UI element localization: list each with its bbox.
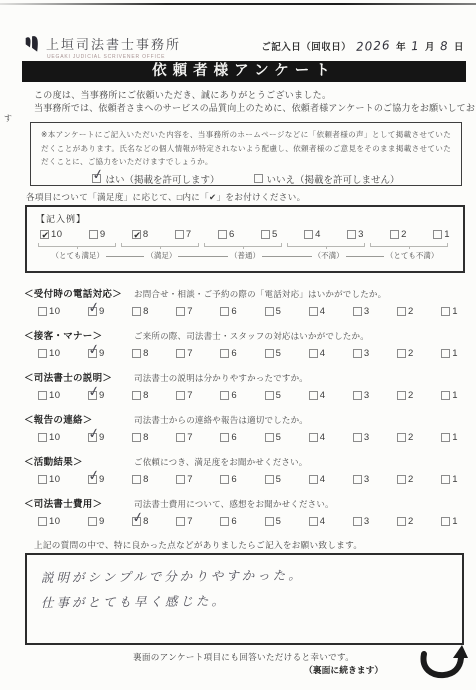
rating-row: 10✓987654321 [38,390,458,401]
rating-checkbox-4[interactable] [309,433,318,442]
rating-number: 8 [143,229,149,240]
year-suffix: 年 [396,42,406,53]
example-title: 【記入例】 [36,212,454,225]
fill-date: ご記入日（回収日） 2026 年 1 月 8 日 [261,39,464,53]
rating-option-2: 2 [397,516,414,527]
rating-checkbox-1[interactable] [441,475,450,484]
rating-number: 2 [408,474,414,485]
rating-row: 10✓987654321 [38,432,458,443]
rating-number: 3 [364,348,370,359]
question-fees: ＜司法書士費用＞ 司法書士費用について、感想をお聞かせください。 109✓876… [24,496,464,538]
rating-option-1: 1 [441,348,458,359]
rating-option-9: 9 [88,516,105,527]
intro-line-1: この度は、当事務所にご依頼いただき、誠にありがとうございました。 [34,88,466,101]
rating-option-3: 3 [353,306,370,317]
date-month-handwritten: 1 [409,39,422,54]
rating-option-3: 3 [353,348,370,359]
rating-option-4: 4 [304,229,321,240]
office-name: 上垣司法書士事務所 [46,34,181,53]
rating-checkbox-10[interactable] [38,433,47,442]
rating-checkbox-3[interactable] [353,307,362,316]
bracket [38,243,116,247]
rating-checkbox-9[interactable]: ✓ [88,433,97,442]
rating-option-1: 1 [433,229,450,240]
scale-label-neutral: （普通） [203,250,287,261]
rating-option-6: 6 [220,432,237,443]
rating-number: 4 [315,229,321,240]
rating-option-7: 7 [176,390,193,401]
rating-option-5: 5 [265,432,282,443]
question-label: ＜接客・マナー＞ [24,328,134,342]
consent-option-yes[interactable]: ✓ はい（掲載を許可します） [92,172,219,186]
rating-checkbox-4[interactable] [309,475,318,484]
rating-option-1: 1 [441,432,458,443]
rating-number: 2 [408,390,414,401]
rating-checkbox-6[interactable] [218,230,227,239]
rating-option-3: 3 [353,474,370,485]
rating-checkbox-6[interactable] [220,433,229,442]
rating-option-5: 5 [265,474,282,485]
rating-checkbox-8[interactable] [132,433,141,442]
rating-number: 1 [444,229,450,240]
rating-checkbox-5[interactable] [265,391,274,400]
question-label: ＜報告の連絡＞ [24,412,134,426]
rating-option-10: 10 [38,432,61,443]
rating-option-3: 3 [353,516,370,527]
rating-number: 3 [364,516,370,527]
date-day-handwritten: 8 [438,39,451,54]
rating-checkbox-8[interactable] [132,307,141,316]
rating-number: 6 [231,516,237,527]
rating-number: 7 [187,390,193,401]
rating-number: 10 [49,432,61,443]
rating-checkbox-5[interactable] [265,517,274,526]
rating-checkbox-4[interactable] [304,230,313,239]
rating-number: 2 [408,306,414,317]
rating-option-1: 1 [441,390,458,401]
rating-option-3: 3 [347,229,364,240]
rating-option-1: 1 [441,306,458,317]
comment-box[interactable]: 説明がシンプルで分かりやすかった。 仕事がとても早く感じた。 [25,553,464,645]
rating-checkbox-1[interactable] [441,517,450,526]
rating-row: 10✓987654321 [38,348,458,359]
consent-note: ※本アンケートにご記入いただいた内容を、当事務所のホームページなどに「依頼者様の… [41,128,451,169]
rating-number: 7 [187,348,193,359]
rating-number: 7 [187,516,193,527]
rating-option-2: 2 [397,432,414,443]
rating-checkbox-1[interactable] [441,349,450,358]
rating-checkbox-7[interactable] [176,349,185,358]
rating-checkbox-3[interactable] [353,391,362,400]
rating-option-8: ✔8 [132,229,149,240]
rating-option-1: 1 [441,474,458,485]
rating-checkbox-1[interactable] [441,433,450,442]
rating-number: 5 [276,516,282,527]
rating-checkbox-3[interactable] [353,517,362,526]
rating-checkbox-9[interactable]: ✓ [88,391,97,400]
scale-label-satisfied: （満足） [120,250,204,261]
bracket [287,243,365,247]
question-label: ＜司法書士の説明＞ [24,370,134,384]
rating-checkbox-6[interactable] [220,307,229,316]
rating-option-4: 4 [309,348,326,359]
example-rating-row: ✔109✔87654321 [40,229,450,240]
question-list: ＜受付時の電話対応＞ お問合せ・相談・ご予約の際の「電話対応」はいかがでしたか。… [24,286,464,538]
rating-checkbox-3[interactable] [347,230,356,239]
question-label: ＜活動結果＞ [24,454,134,468]
rating-checkbox-7[interactable] [176,307,185,316]
rating-checkbox-4[interactable] [309,307,318,316]
rating-checkbox-9[interactable]: ✓ [88,307,97,316]
scale-label-very-dissatisfied: （とても不満） [370,250,454,261]
rating-number: 6 [231,348,237,359]
turn-page-arrow-icon [418,645,470,681]
rating-number: 5 [276,306,282,317]
rating-checkbox-6[interactable] [220,349,229,358]
rating-number: 2 [408,348,414,359]
rating-option-10: ✔10 [40,229,63,240]
rating-checkbox-9[interactable] [89,230,98,239]
office-subtitle: UEGAKI JUDICIAL SCRIVENER OFFICE [47,54,181,60]
rating-number: 2 [408,432,414,443]
rating-option-6: 6 [220,348,237,359]
rating-checkbox-9[interactable]: ✓ [88,475,97,484]
rating-row: 10✓987654321 [38,306,458,317]
rating-number: 3 [358,229,364,240]
rating-option-7: 7 [176,474,193,485]
consent-option-no[interactable]: いいえ（掲載を許可しません） [254,172,400,186]
question-phone-response: ＜受付時の電話対応＞ お問合せ・相談・ご予約の際の「電話対応」はいかがでしたか。… [24,286,464,328]
day-suffix: 日 [454,42,464,53]
rating-checkbox-6[interactable] [220,475,229,484]
rating-option-3: 3 [353,432,370,443]
bracket [121,243,199,247]
rating-number: 4 [320,432,326,443]
rating-checkbox-4[interactable] [309,349,318,358]
rating-number: 3 [364,390,370,401]
consent-options: ✓ はい（掲載を許可します） いいえ（掲載を許可しません） [41,172,451,186]
rating-number: 6 [231,432,237,443]
form-title-banner: 依頼者様アンケート [22,61,466,82]
rating-option-7: 7 [176,516,193,527]
rating-option-5: 5 [265,516,282,527]
question-results: ＜活動結果＞ ご依頼につき、満足度をお聞かせください。 10✓987654321 [24,454,464,496]
rating-checkbox-5[interactable] [265,475,274,484]
rating-number: 8 [143,516,149,527]
rating-option-4: 4 [309,474,326,485]
rating-option-5: 5 [265,348,282,359]
rating-option-6: 6 [220,516,237,527]
rating-number: 1 [452,348,458,359]
rating-option-10: 10 [38,474,61,485]
rating-number: 9 [99,432,105,443]
intro-line-2-wrap: す [4,113,12,124]
rating-number: 8 [143,348,149,359]
check-mark-icon: ✔ [42,231,50,240]
rating-option-7: 7 [176,306,193,317]
rating-option-3: 3 [353,390,370,401]
rating-option-10: 10 [38,516,61,527]
rating-checkbox-3[interactable] [353,433,362,442]
rating-option-9: ✓9 [88,348,105,359]
rating-row: 109✓87654321 [38,516,458,527]
rating-number: 2 [401,229,407,240]
rating-option-7: 7 [176,348,193,359]
bracket [370,243,448,247]
rating-checkbox-2[interactable] [397,517,406,526]
office-brand: 上垣司法書士事務所 UEGAKI JUDICIAL SCRIVENER OFFI… [24,34,181,60]
rating-number: 6 [231,474,237,485]
rating-checkbox-2[interactable] [397,391,406,400]
rating-checkbox-2[interactable] [397,475,406,484]
date-year-handwritten: 2026 [354,38,393,54]
rating-number: 8 [143,390,149,401]
rating-number: 4 [320,516,326,527]
rating-number: 5 [276,390,282,401]
rating-number: 9 [99,348,105,359]
rating-number: 9 [99,516,105,527]
rating-option-9: ✓9 [88,432,105,443]
rating-number: 1 [452,516,458,527]
rating-option-8: 8 [132,474,149,485]
rating-checkbox-1[interactable] [441,307,450,316]
rating-checkbox-6[interactable] [220,391,229,400]
rating-number: 7 [187,432,193,443]
rating-number: 5 [276,432,282,443]
rating-checkbox-6[interactable] [220,517,229,526]
rating-number: 10 [51,229,63,240]
rating-option-8: ✓8 [132,516,149,527]
rating-option-6: 6 [220,390,237,401]
rating-option-9: 9 [89,229,106,240]
rating-checkbox-5[interactable] [265,433,274,442]
rating-number: 4 [320,474,326,485]
rating-number: 9 [99,306,105,317]
rating-option-2: 2 [397,390,414,401]
rating-option-5: 5 [261,229,278,240]
question-explanation: ＜司法書士の説明＞ 司法書士の説明は分かりやすかったですか。 10✓987654… [24,370,464,412]
rating-number: 3 [364,432,370,443]
rating-number: 4 [320,348,326,359]
rating-number: 7 [186,229,192,240]
rating-option-8: 8 [132,306,149,317]
publication-consent-box: ※本アンケートにご記入いただいた内容を、当事務所のホームページなどに「依頼者様の… [30,122,462,186]
scale-labels: （とても満足） （満足） （普通） （不満） （とても不満） [36,250,454,261]
rating-number: 7 [187,306,193,317]
rating-option-4: 4 [309,516,326,527]
continued-note: （裏面に続きます） [304,663,383,676]
rating-checkbox-2[interactable] [397,307,406,316]
rating-checkbox-7[interactable] [176,517,185,526]
rating-checkbox-10[interactable] [38,475,47,484]
rating-checkbox-8[interactable] [132,349,141,358]
rating-checkbox-10[interactable] [38,349,47,358]
rating-number: 1 [452,306,458,317]
back-page-note: 裏面のアンケート項目にも回答いただけると幸いです。 [133,651,354,663]
question-service-manner: ＜接客・マナー＞ ご来所の際、司法書士・スタッフの対応はいかがでしたか。 10✓… [24,328,464,370]
rating-checkbox-10[interactable]: ✔ [40,230,49,239]
question-label: ＜司法書士費用＞ [24,496,134,510]
rating-option-5: 5 [265,390,282,401]
rating-option-9: ✓9 [88,306,105,317]
rating-option-2: 2 [397,348,414,359]
header: 上垣司法書士事務所 UEGAKI JUDICIAL SCRIVENER OFFI… [24,34,464,60]
rating-number: 10 [49,348,61,359]
rating-checkbox-3[interactable] [353,349,362,358]
question-description: 司法書士費用について、感想をお聞かせください。 [134,498,334,510]
rating-instruction: 各項目について「満足度」に応じて、□内に「✔」をお付けください。 [26,191,305,203]
rating-option-9: ✓9 [88,390,105,401]
rating-number: 1 [452,390,458,401]
rating-number: 4 [320,390,326,401]
scale-label-very-satisfied: （とても満足） [36,250,120,261]
rating-checkbox-10[interactable] [38,517,47,526]
rating-checkbox-7[interactable] [176,391,185,400]
consent-no-checkbox[interactable] [254,174,263,183]
rating-option-10: 10 [38,390,61,401]
rating-option-8: 8 [132,432,149,443]
rating-option-2: 2 [397,306,414,317]
rating-number: 10 [49,390,61,401]
rating-checkbox-5[interactable] [265,349,274,358]
rating-number: 7 [187,474,193,485]
rating-checkbox-8[interactable] [132,391,141,400]
rating-checkbox-2[interactable] [397,433,406,442]
rating-number: 10 [49,306,61,317]
rating-checkbox-1[interactable] [433,230,442,239]
rating-checkbox-1[interactable] [441,391,450,400]
intro-line-2: 当事務所では、依頼者さまへのサービスの品質向上のために、依頼者様アンケートのご協… [34,101,468,114]
rating-number: 8 [143,474,149,485]
rating-number: 6 [231,390,237,401]
example-box: 【記入例】 ✔109✔87654321 （とても満足） （満足） （普通） （不… [25,205,465,273]
bracket [204,243,282,247]
rating-checkbox-7[interactable] [175,230,184,239]
rating-number: 4 [320,306,326,317]
rating-checkbox-2[interactable] [390,230,399,239]
scale-brackets [38,243,448,247]
office-name-block: 上垣司法書士事務所 UEGAKI JUDICIAL SCRIVENER OFFI… [46,34,181,60]
question-description: 司法書士からの連絡や報告は適切でしたか。 [134,414,308,426]
question-description: 司法書士の説明は分かりやすかったですか。 [134,372,308,384]
rating-row: 10✓987654321 [38,474,458,485]
month-suffix: 月 [425,42,435,53]
rating-option-2: 2 [397,474,414,485]
rating-option-5: 5 [265,306,282,317]
rating-option-6: 6 [220,306,237,317]
rating-checkbox-9[interactable] [88,517,97,526]
rating-checkbox-7[interactable] [176,475,185,484]
rating-option-6: 6 [218,229,235,240]
rating-number: 6 [231,306,237,317]
rating-checkbox-5[interactable] [265,307,274,316]
question-reporting: ＜報告の連絡＞ 司法書士からの連絡や報告は適切でしたか。 10✓98765432… [24,412,464,454]
rating-number: 1 [452,432,458,443]
rating-number: 6 [229,229,235,240]
handwritten-comment-line: 仕事がとても早く感じた。 [41,586,448,615]
rating-option-7: 7 [176,432,193,443]
rating-option-8: 8 [132,348,149,359]
rating-option-8: 8 [132,390,149,401]
comment-prompt: 上記の質問の中で、特に良かった点などがありましたらご記入をお願い致します。 [34,539,362,551]
rating-checkbox-4[interactable] [309,391,318,400]
rating-option-9: ✓9 [88,474,105,485]
rating-checkbox-8[interactable]: ✓ [132,517,141,526]
survey-form-page: 上垣司法書士事務所 UEGAKI JUDICIAL SCRIVENER OFFI… [0,0,476,690]
office-logo-icon [24,34,41,54]
rating-checkbox-4[interactable] [309,517,318,526]
rating-number: 10 [49,516,61,527]
question-description: ご依頼につき、満足度をお聞かせください。 [134,456,308,468]
rating-checkbox-7[interactable] [176,433,185,442]
rating-checkbox-10[interactable] [38,307,47,316]
question-label: ＜受付時の電話対応＞ [24,286,134,300]
consent-yes-label: はい（掲載を許可します） [105,172,219,186]
rating-checkbox-8[interactable]: ✔ [132,230,141,239]
consent-no-label: いいえ（掲載を許可しません） [267,172,400,186]
rating-number: 5 [276,474,282,485]
rating-number: 8 [143,432,149,443]
rating-option-4: 4 [309,390,326,401]
rating-number: 8 [143,306,149,317]
rating-number: 5 [272,229,278,240]
scan-edge-line [0,3,476,5]
rating-option-7: 7 [175,229,192,240]
rating-number: 2 [408,516,414,527]
rating-number: 3 [364,474,370,485]
rating-checkbox-5[interactable] [261,230,270,239]
scale-label-dissatisfied: （不満） [287,250,371,261]
rating-checkbox-3[interactable] [353,475,362,484]
rating-option-10: 10 [38,348,61,359]
question-description: ご来所の際、司法書士・スタッフの対応はいかがでしたか。 [134,330,369,342]
rating-option-6: 6 [220,474,237,485]
rating-checkbox-8[interactable] [132,475,141,484]
rating-number: 9 [99,474,105,485]
rating-checkbox-2[interactable] [397,349,406,358]
rating-option-4: 4 [309,432,326,443]
rating-number: 10 [49,474,61,485]
rating-option-2: 2 [390,229,407,240]
rating-option-1: 1 [441,516,458,527]
rating-number: 9 [100,229,106,240]
rating-number: 9 [99,390,105,401]
rating-option-10: 10 [38,306,61,317]
question-description: お問合せ・相談・ご予約の際の「電話対応」はいかがでしたか。 [134,288,386,300]
rating-option-4: 4 [309,306,326,317]
rating-number: 1 [452,474,458,485]
rating-number: 3 [364,306,370,317]
rating-checkbox-10[interactable] [38,391,47,400]
date-label: ご記入日（回収日） [261,42,351,53]
consent-yes-checkbox[interactable]: ✓ [92,174,101,183]
check-mark-icon: ✔ [133,231,141,240]
rating-checkbox-9[interactable]: ✓ [88,349,97,358]
rating-number: 5 [276,348,282,359]
